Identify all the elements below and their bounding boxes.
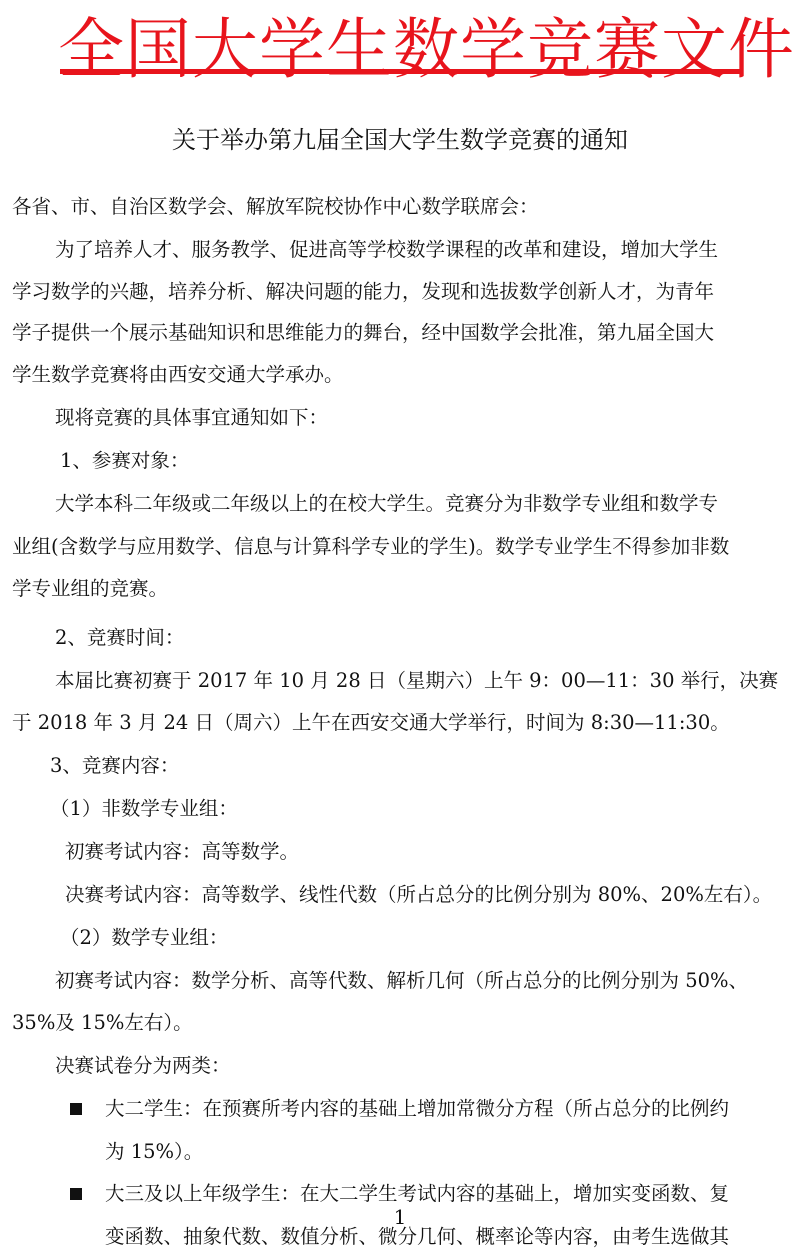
paragraph-line: （1）非数学专业组： bbox=[50, 794, 238, 824]
paragraph-line: 学专业组的竞赛。 bbox=[12, 574, 168, 604]
paragraph-line: 学习数学的兴趣，培养分析、解决问题的能力，发现和选拔数学创新人才，为青年 bbox=[12, 277, 714, 307]
paragraph-line: 1、参赛对象： bbox=[60, 446, 189, 476]
paragraph-line: 本届比赛初赛于 2017 年 10 月 28 日（星期六）上午 9：00—11：… bbox=[55, 666, 778, 696]
paragraph-line: 2、竞赛时间： bbox=[55, 623, 184, 653]
paragraph-line: 3、竞赛内容： bbox=[50, 751, 179, 781]
paragraph-line: 于 2018 年 3 月 24 日（周六）上午在西安交通大学举行，时间为 8:3… bbox=[12, 708, 730, 738]
page-number: 1 bbox=[0, 1205, 800, 1229]
paragraph-line: 35%及 15%左右）。 bbox=[12, 1008, 193, 1038]
paragraph-line: 各省、市、自治区数学会、解放军院校协作中心数学联席会： bbox=[12, 192, 539, 222]
paragraph-line: 学生数学竞赛将由西安交通大学承办。 bbox=[12, 360, 344, 390]
paragraph-line: 初赛考试内容：数学分析、高等代数、解析几何（所占总分的比例分别为 50%、 bbox=[55, 966, 748, 996]
red-divider-line bbox=[60, 69, 742, 74]
paragraph-line: （2）数学专业组： bbox=[60, 923, 228, 953]
paragraph-line: 为了培养人才、服务教学、促进高等学校数学课程的改革和建设，增加大学生 bbox=[55, 235, 718, 265]
paragraph-line: 大学本科二年级或二年级以上的在校大学生。竞赛分为非数学专业组和数学专 bbox=[55, 489, 718, 519]
paragraph-line: 现将竞赛的具体事宜通知如下： bbox=[55, 403, 328, 433]
paragraph-line: 决赛考试内容：高等数学、线性代数（所占总分的比例分别为 80%、20%左右）。 bbox=[65, 880, 772, 910]
paragraph-line: 业组(含数学与应用数学、信息与计算科学专业的学生)。数学专业学生不得参加非数 bbox=[12, 532, 729, 562]
bullet-item-line: 为 15%）。 bbox=[105, 1137, 203, 1167]
bullet-item-line: 大二学生：在预赛所考内容的基础上增加常微分方程（所占总分的比例约 bbox=[105, 1094, 729, 1124]
paragraph-line: 决赛试卷分为两类： bbox=[55, 1051, 231, 1081]
bullet-square-icon bbox=[70, 1188, 82, 1200]
paragraph-line: 初赛考试内容：高等数学。 bbox=[65, 837, 299, 867]
bullet-square-icon bbox=[70, 1103, 82, 1115]
masthead-title: 全国大学生数学竞赛文件 bbox=[58, 8, 742, 92]
paragraph-line: 学子提供一个展示基础知识和思维能力的舞台，经中国数学会批准，第九届全国大 bbox=[12, 318, 714, 348]
notice-title: 关于举办第九届全国大学生数学竞赛的通知 bbox=[0, 122, 800, 158]
